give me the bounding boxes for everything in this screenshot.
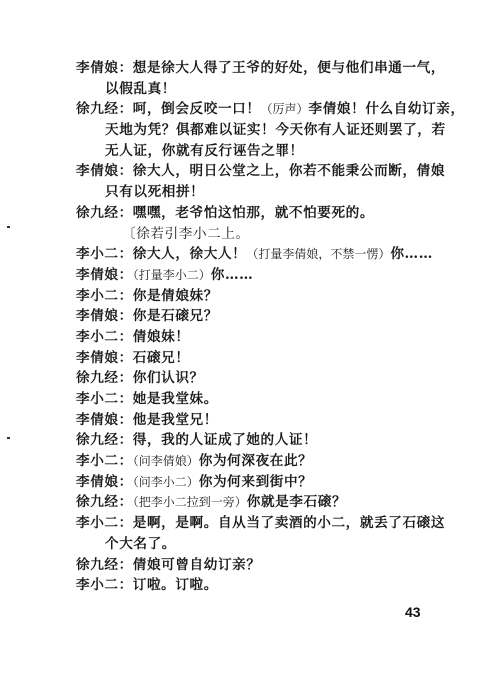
speaker-name: 李倩娘： (76, 60, 133, 76)
dialogue-text: 以假乱真！ (105, 81, 176, 97)
dialogue-text: 是啊，是啊。自从当了卖酒的小二，就丢了石磙这 (133, 515, 445, 531)
dialogue-line: 李小二：订啦。订啦。 (76, 575, 476, 596)
speaker-name: 李倩娘： (76, 474, 133, 490)
dialogue-line: 以假乱真！ (76, 79, 476, 100)
dialogue-text: 订啦。订啦。 (133, 577, 218, 593)
speaker-name: 李小二： (76, 329, 133, 345)
dialogue-text: 你为何来到街中？ (199, 474, 313, 490)
speaker-name: 李倩娘： (76, 350, 133, 366)
stage-aside: （问李倩娘） (133, 454, 199, 468)
speaker-name: 李小二： (76, 577, 133, 593)
speaker-name: 李倩娘： (76, 163, 133, 179)
dialogue-text: 你…… (211, 267, 254, 283)
dialogue-text: 得，我的人证成了她的人证！ (133, 432, 318, 448)
dialogue-text: 倩娘妹！ (133, 329, 190, 345)
dialogue-line: 李小二：徐大人，徐大人！（打量李倩娘，不禁一愣）你…… (76, 244, 476, 265)
dialogue-line: 李倩娘：石磙兄！ (76, 348, 476, 369)
speaker-name: 徐九经： (76, 494, 133, 510)
dialogue-text: 你…… (390, 246, 433, 262)
dialogue-text: 徐大人，明日公堂之上，你若不能秉公而断，倩娘 (133, 163, 445, 179)
dialogue-text: 嘿嘿，老爷怕这怕那，就不怕要死的。 (133, 205, 374, 221)
dialogue-line: 李小二：是啊，是啊。自从当了卖酒的小二，就丢了石磙这 (76, 513, 476, 534)
dialogue-line: 徐九经：你们认识？ (76, 368, 476, 389)
stage-aside: （把李小二拉到一旁） (133, 495, 247, 509)
dialogue-line: 徐九经：得，我的人证成了她的人证！ (76, 430, 476, 451)
stage-aside: （厉声） (261, 102, 309, 116)
dialogue-text: 呵，倒会反咬一口！ (133, 101, 261, 117)
dialogue-text: 石磙兄！ (133, 350, 190, 366)
dialogue-line: 天地为凭？俱都难以证实！今天你有人证还则罢了，若 (76, 120, 476, 141)
dialogue-line: 李小二：你是倩娘妹？ (76, 286, 476, 307)
stage-aside: （打量李倩娘，不禁一愣） (246, 247, 390, 261)
speaker-name: 徐九经： (76, 205, 133, 221)
dialogue-line: 李小二：倩娘妹！ (76, 327, 476, 348)
dialogue-line: 李倩娘：徐大人，明日公堂之上，你若不能秉公而断，倩娘 (76, 161, 476, 182)
dialogue-text: 李倩娘！什么自幼订亲， (309, 101, 465, 117)
speaker-name: 李倩娘： (76, 308, 133, 324)
dialogue-line: 李倩娘：他是我堂兄！ (76, 410, 476, 431)
dialogue-text: 天地为凭？俱都难以证实！今天你有人证还则罢了，若 (105, 122, 446, 138)
page-number: 43 (405, 604, 421, 620)
speaker-name: 李小二： (76, 453, 133, 469)
stage-aside: （问李小二） (133, 475, 199, 489)
dialogue-line: 李倩娘：想是徐大人得了王爷的好处，便与他们串通一气， (76, 58, 476, 79)
dialogue-line: 只有以死相拼！ (76, 182, 476, 203)
margin-speck (7, 226, 10, 228)
dialogue-line: 李倩娘：（问李小二）你为何来到街中？ (76, 472, 476, 493)
script-text: 李倩娘：想是徐大人得了王爷的好处，便与他们串通一气，以假乱真！徐九经：呵，倒会反… (76, 58, 476, 596)
dialogue-line: 李倩娘：你是石磙兄？ (76, 306, 476, 327)
dialogue-line: 李小二：她是我堂妹。 (76, 389, 476, 410)
speaker-name: 李倩娘： (76, 412, 133, 428)
dialogue-line: 徐九经：倩娘可曾自幼订亲？ (76, 555, 476, 576)
dialogue-text: 她是我堂妹。 (133, 391, 218, 407)
dialogue-line: 无人证，你就有反行诬告之罪！ (76, 141, 476, 162)
speaker-name: 李小二： (76, 391, 133, 407)
speaker-name: 徐九经： (76, 101, 133, 117)
speaker-name: 徐九经： (76, 557, 133, 573)
dialogue-text: 徐大人，徐大人！ (133, 246, 247, 262)
dialogue-line: 徐九经：（把李小二拉到一旁）你就是李石磙？ (76, 492, 476, 513)
book-page: 李倩娘：想是徐大人得了王爷的好处，便与他们串通一气，以假乱真！徐九经：呵，倒会反… (0, 0, 485, 690)
dialogue-line: 李倩娘：（打量李小二）你…… (76, 265, 476, 286)
dialogue-text: 你们认识？ (133, 370, 204, 386)
dialogue-line: 李小二：（问李倩娘）你为何深夜在此？ (76, 451, 476, 472)
speaker-name: 李倩娘： (76, 267, 133, 283)
dialogue-text: 想是徐大人得了王爷的好处，便与他们串通一气， (133, 60, 445, 76)
speaker-name: 李小二： (76, 288, 133, 304)
speaker-name: 徐九经： (76, 370, 133, 386)
dialogue-line: 徐九经：嘿嘿，老爷怕这怕那，就不怕要死的。 (76, 203, 476, 224)
speaker-name: 李小二： (76, 246, 133, 262)
stage-direction: 〔徐若引李小二上。 (76, 224, 476, 245)
dialogue-text: 你就是李石磙？ (247, 494, 346, 510)
dialogue-text: 他是我堂兄！ (133, 412, 218, 428)
dialogue-text: 你是石磙兄？ (133, 308, 218, 324)
dialogue-text: 倩娘可曾自幼订亲？ (133, 557, 261, 573)
dialogue-text: 无人证，你就有反行诬告之罪！ (105, 143, 304, 159)
dialogue-line: 徐九经：呵，倒会反咬一口！（厉声）李倩娘！什么自幼订亲， (76, 99, 476, 120)
dialogue-text: 〔徐若引李小二上。 (122, 226, 250, 242)
speaker-name: 徐九经： (76, 432, 133, 448)
dialogue-text: 只有以死相拼！ (105, 184, 204, 200)
stage-aside: （打量李小二） (133, 268, 211, 282)
dialogue-line: 个大名了。 (76, 534, 476, 555)
speaker-name: 李小二： (76, 515, 133, 531)
dialogue-text: 你为何深夜在此？ (199, 453, 313, 469)
dialogue-text: 个大名了。 (105, 536, 176, 552)
margin-speck (7, 437, 10, 439)
dialogue-text: 你是倩娘妹？ (133, 288, 218, 304)
